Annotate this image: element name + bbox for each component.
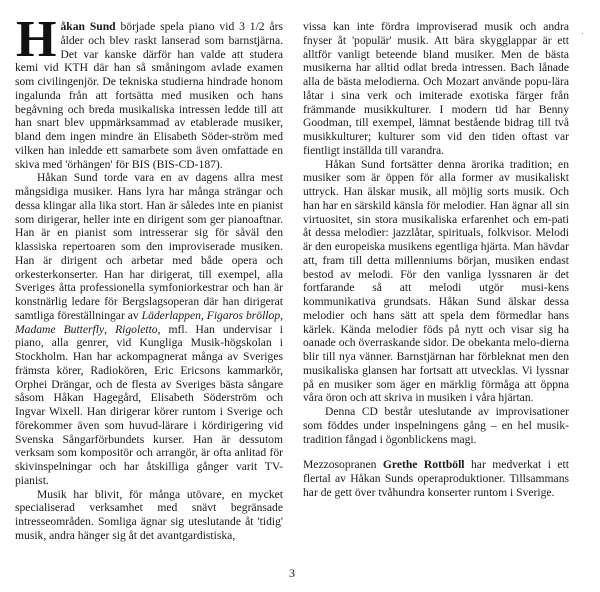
page-number: 3 — [289, 566, 295, 581]
separator: , — [280, 309, 283, 322]
scan-speck — [582, 33, 583, 34]
paragraph-versatility: Håkan Sund torde vara en av dagens allra… — [15, 171, 283, 487]
opera-title: Figaros bröllop — [207, 309, 280, 322]
opera-title: Madame Butterfly — [15, 323, 104, 336]
separator: , — [104, 323, 115, 336]
opera-title: Läderlappen — [142, 309, 201, 322]
drop-cap: H — [16, 20, 56, 61]
paragraph-tradition: Håkan Sund fortsätter denna ärorika trad… — [303, 158, 569, 406]
artist-name-bold: åkan Sund — [60, 20, 115, 33]
right-column: vissa kan inte fördra improviserad musik… — [303, 20, 569, 500]
text-run: Mezzosopranen — [303, 458, 383, 471]
paragraph-mezzo: Mezzosopranen Grethe Rottböll har medver… — [303, 458, 569, 499]
text-run: Håkan Sund torde vara en av dagens allra… — [15, 171, 283, 322]
paragraph-continuation: vissa kan inte fördra improviserad musik… — [303, 20, 569, 158]
paragraph-cd: Denna CD består uteslutande av improvisa… — [303, 405, 569, 446]
opera-title: Rigoletto — [115, 323, 158, 336]
paragraph-intro: Håkan Sund började spela piano vid 3 1/2… — [15, 20, 283, 171]
text-run: , mfl. Han undervisar i piano, alla genr… — [15, 323, 283, 487]
spacer — [303, 446, 569, 458]
paragraph-specialization: Musik har blivit, för många utövare, en … — [15, 488, 283, 543]
left-column: Håkan Sund började spela piano vid 3 1/2… — [15, 20, 283, 543]
singer-name-bold: Grethe Rottböll — [383, 458, 465, 471]
